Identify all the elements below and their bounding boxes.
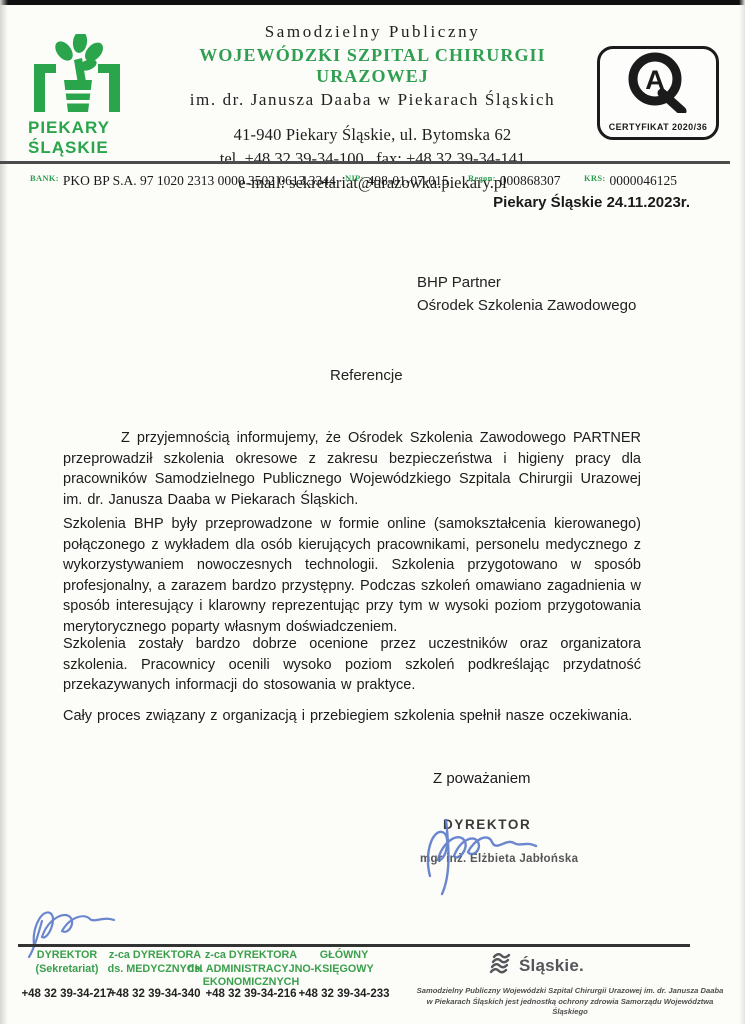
recipient-name: BHP Partner [417,271,636,294]
handwritten-signature-icon [412,806,547,901]
org-name: WOJEWÓDZKI SZPITAL CHIRURGII URAZOWEJ [150,45,595,87]
bank-info: BANK: PKO BP S.A. 97 1020 2313 0000 3502… [30,172,336,190]
letterhead: Samodzielny Publiczny WOJEWÓDZKI SZPITAL… [150,22,595,193]
org-phone-fax: tel. +48 32 39-34-100 fax: +48 32 39-34-… [150,149,595,169]
scan-artifact-right-shadow [739,0,745,1024]
letter-date: Piekary Śląskie 24.11.2023r. [493,194,690,211]
body-paragraph-1: Z przyjemnością informujemy, że Ośrodek … [63,428,641,510]
logo-text-line2: ŚLĄSKIE [28,139,148,157]
scan-artifact-left-shadow [0,0,8,1024]
qa-certificate-badge: A CERTYFIKAT 2020/36 [597,46,719,140]
org-type: Samodzielny Publiczny [150,22,595,42]
closing-salutation: Z poważaniem [433,770,531,787]
bank-label: BANK: [30,173,59,183]
scan-artifact-top-strip [0,0,745,5]
svg-text:A: A [645,65,665,95]
slaskie-region-logo: Śląskie. [488,951,584,980]
footer-divider [18,944,690,947]
plant-in-pot-icon [28,99,128,116]
recipient-block: BHP Partner Ośrodek Szkolenia Zawodowego [417,271,636,317]
footer-disclaimer: Samodzielny Publiczny Wojewódzki Szpital… [415,986,725,1018]
krs-info: KRS: 0000046125 [584,172,677,190]
regon-value: 000868307 [500,173,561,188]
regon-info: Regon: 000868307 [468,172,561,190]
krs-label: KRS: [584,173,606,183]
logo-text-line1: PIEKARY [28,119,148,137]
certificate-label: CERTYFIKAT 2020/36 [600,122,716,132]
piekary-slaskie-logo: PIEKARY ŚLĄSKIE [28,34,148,157]
bank-value: PKO BP S.A. 97 1020 2313 0000 3502 0613 … [63,173,336,188]
org-address: 41-940 Piekary Śląskie, ul. Bytomska 62 [150,125,595,145]
footer-col4-title: GŁÓWNY [274,949,414,963]
footer-col4-phone: +48 32 39-34-233 [274,988,414,1000]
disclaimer-line1: Samodzielny Publiczny Wojewódzki Szpital… [415,986,725,997]
disclaimer-line2: w Piekarach Śląskich jest jednostką ochr… [415,997,725,1018]
nip-value: 498-01-07-015 [368,173,449,188]
slaskie-region-name: Śląskie. [519,956,584,976]
krs-value: 0000046125 [610,173,678,188]
recipient-org: Ośrodek Szkolenia Zawodowego [417,294,636,317]
org-patron: im. dr. Janusza Daaba w Piekarach Śląski… [150,90,595,110]
footer-contact-chief-accountant: GŁÓWNY KSIĘGOWY +48 32 39-34-233 [274,949,414,1004]
body-paragraph-2: Szkolenia BHP były przeprowadzone w form… [63,514,641,637]
nip-label: NIP: [345,173,364,183]
regon-label: Regon: [468,173,496,183]
body-paragraph-4: Cały proces związany z organizacją i prz… [63,706,641,727]
header-divider [0,161,730,164]
document-title: Referencje [330,367,403,384]
scanned-letter-page: PIEKARY ŚLĄSKIE Samodzielny Publiczny WO… [0,0,745,1024]
slaskie-waves-icon [488,951,512,980]
footer-col4-subtitle: KSIĘGOWY [274,963,414,977]
body-paragraph-3: Szkolenia zostały bardzo dobrze ocenione… [63,634,641,696]
nip-info: NIP: 498-01-07-015 [345,172,449,190]
